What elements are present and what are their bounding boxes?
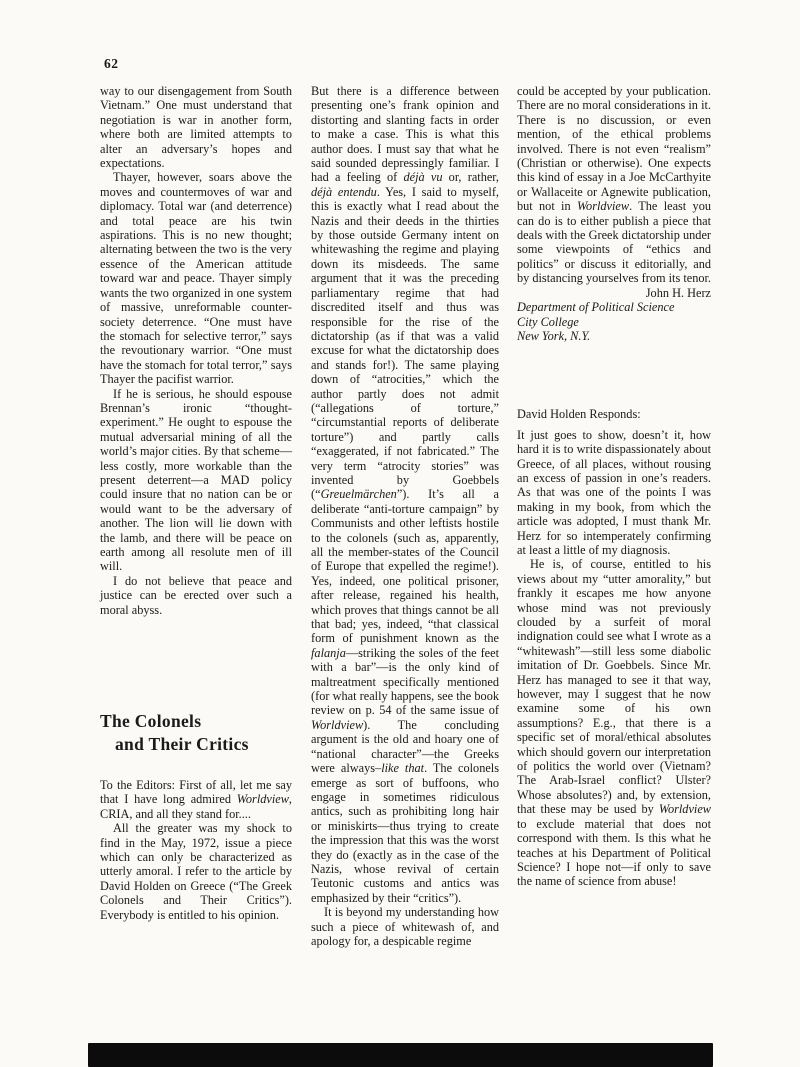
paragraph-to-the-editors: To the Editors: First of all, let me say… — [100, 778, 292, 821]
letter-herz-close-and-holden-response: could be accepted by your publication. T… — [517, 84, 711, 889]
letter-herz-opening: To the Editors: First of all, let me say… — [100, 778, 292, 922]
paragraph-whitewash-argument: But there is a difference between presen… — [311, 84, 499, 905]
column-middle: But there is a difference between presen… — [311, 84, 499, 948]
page: 62 way to our disengagement from South V… — [0, 0, 800, 1067]
section-heading: The Colonels and Their Critics — [100, 710, 292, 756]
paragraph-moral-abyss: I do not believe that peace and justice … — [100, 574, 292, 617]
signature-institution: City College — [517, 315, 711, 329]
signature-name: John H. Herz — [517, 286, 711, 300]
signature-affiliation: Department of Political Science — [517, 300, 711, 314]
column-left: way to our disengagement from South Viet… — [100, 84, 292, 922]
letter-herz-body: But there is a difference between presen… — [311, 84, 499, 948]
paragraph-thayer: Thayer, however, soars above the moves a… — [100, 170, 292, 386]
paragraph-beyond-understanding: It is beyond my understanding how such a… — [311, 905, 499, 948]
responds-label: David Holden Responds: — [517, 407, 711, 421]
paragraph-holden-1: It just goes to show, doesn’t it, how ha… — [517, 428, 711, 558]
letter-herz-continuation: way to our disengagement from South Viet… — [100, 84, 292, 617]
paragraph-holden-2: He is, of course, entitled to his views … — [517, 557, 711, 888]
scan-edge-bar — [88, 1043, 713, 1067]
section-heading-line2: and Their Critics — [100, 733, 292, 756]
page-number: 62 — [104, 56, 119, 72]
column-right: could be accepted by your publication. T… — [517, 84, 711, 889]
paragraph-no-moral-considerations: could be accepted by your publication. T… — [517, 84, 711, 286]
paragraph-herz-continued: way to our disengagement from South Viet… — [100, 84, 292, 170]
section-heading-line1: The Colonels — [100, 710, 292, 733]
signature-city: New York, N.Y. — [517, 329, 711, 343]
paragraph-brennan: If he is serious, he should espouse Bren… — [100, 387, 292, 574]
scanned-magazine-page: { "page": { "number": "62", "background_… — [0, 0, 800, 1067]
paragraph-shock: All the greater was my shock to find in … — [100, 821, 292, 922]
